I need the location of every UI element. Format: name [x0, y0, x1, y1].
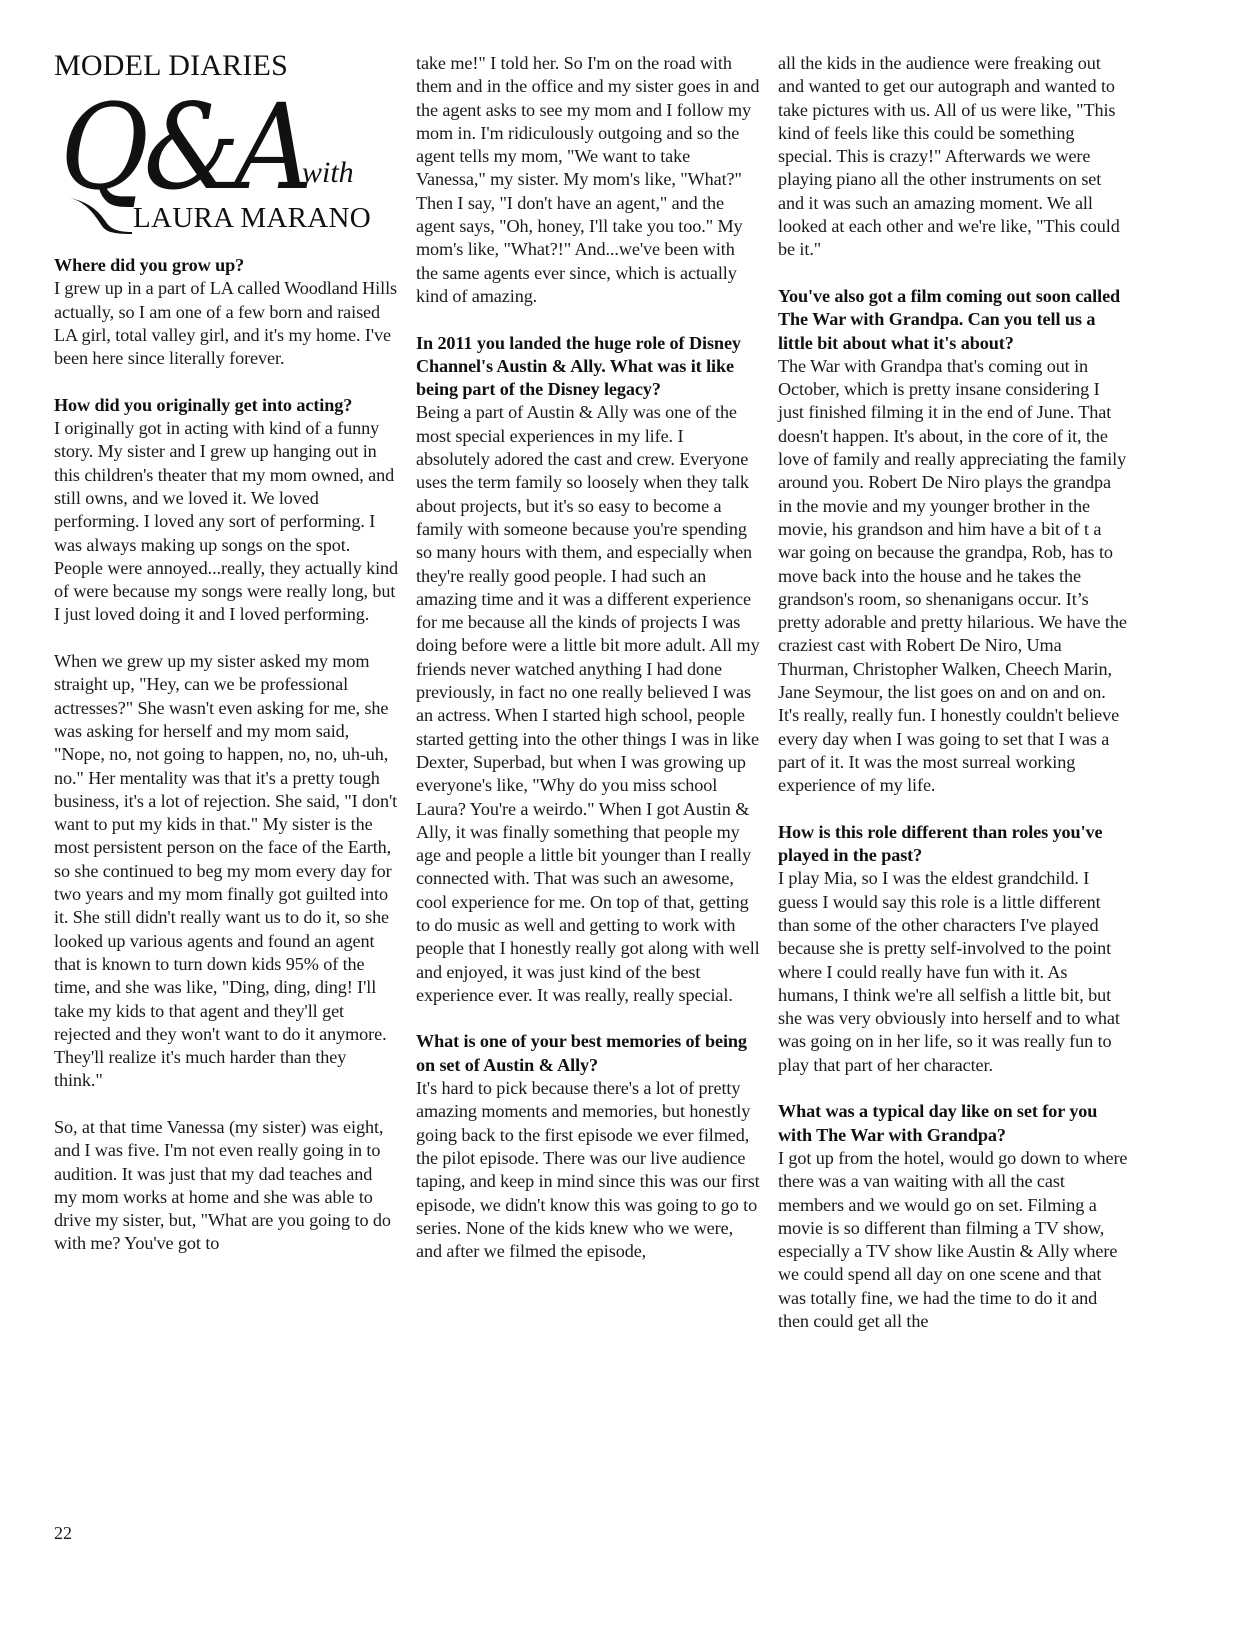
answer-paragraph: take me!" I told her. So I'm on the road…: [416, 52, 761, 308]
question-heading: You've also got a film coming out soon c…: [778, 285, 1128, 355]
masthead-logotype: Q&A with LAURA MARANO: [58, 96, 388, 246]
answer-paragraph: I originally got in acting with kind of …: [54, 417, 399, 627]
masthead-with: with: [302, 156, 354, 190]
answer-paragraph: When we grew up my sister asked my mom s…: [54, 650, 399, 1093]
answer-paragraph: all the kids in the audience were freaki…: [778, 52, 1128, 262]
question-heading: What was a typical day like on set for y…: [778, 1100, 1128, 1147]
answer-paragraph: Being a part of Austin & Ally was one of…: [416, 401, 761, 1007]
interviewee-name: LAURA MARANO: [133, 202, 371, 235]
answer-paragraph: I grew up in a part of LA called Woodlan…: [54, 277, 399, 370]
column-2: take me!" I told her. So I'm on the road…: [416, 52, 761, 1263]
question-heading: How is this role different than roles yo…: [778, 821, 1128, 868]
answer-paragraph: I play Mia, so I was the eldest grandchi…: [778, 867, 1128, 1077]
question-heading: Where did you grow up?: [54, 254, 399, 277]
answer-paragraph: I got up from the hotel, would go down t…: [778, 1147, 1128, 1333]
column-3: all the kids in the audience were freaki…: [778, 52, 1128, 1333]
answer-paragraph: It's hard to pick because there's a lot …: [416, 1077, 761, 1263]
question-heading: What is one of your best memories of bei…: [416, 1030, 761, 1077]
question-heading: In 2011 you landed the huge role of Disn…: [416, 332, 761, 402]
question-heading: How did you originally get into acting?: [54, 394, 399, 417]
answer-paragraph: So, at that time Vanessa (my sister) was…: [54, 1116, 399, 1256]
page-number: 22: [54, 1523, 72, 1544]
answer-paragraph: The War with Grandpa that's coming out i…: [778, 355, 1128, 798]
q-flourish-icon: [68, 196, 132, 236]
masthead-qa: Q&A: [60, 88, 307, 206]
